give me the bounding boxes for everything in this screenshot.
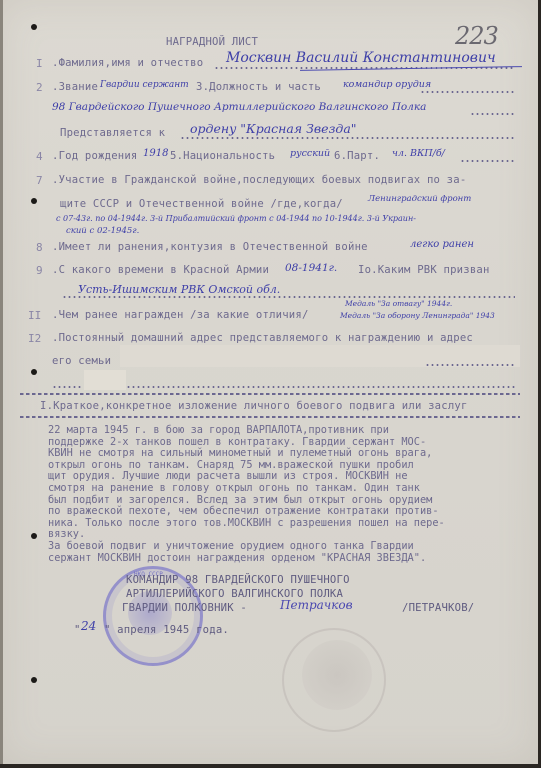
- faded-stamp: [282, 628, 386, 732]
- signatory-name: /ПЕТРАЧКОВ/: [402, 602, 474, 614]
- field-label-service-since: .С какого времени в Красной Армии: [52, 264, 269, 276]
- handwritten-signature: Петрачков: [280, 598, 353, 612]
- binder-hole: [31, 677, 37, 683]
- narrative-text: 22 марта 1945 г. в бою за город ВАРПАЛОТ…: [48, 425, 518, 564]
- binder-hole: [31, 533, 37, 539]
- narrative-line: 22 марта 1945 г. в бою за город ВАРПАЛОТ…: [48, 425, 518, 437]
- field-label-combat-line2: щите СССР и Отечественной войне /где,ког…: [60, 198, 343, 210]
- field-label-draft-office: Io.Каким РВК призван: [358, 264, 490, 276]
- field-value-rank: Гвардии сержант: [100, 79, 189, 91]
- redacted-address: [84, 370, 126, 390]
- dotted-line: [425, 364, 515, 366]
- dashed-rule: [20, 416, 520, 418]
- narrative-line: смотря на ранение в голову открыл огонь …: [48, 483, 518, 495]
- field-value-draft-office: Усть-Ишимским РВК Омской обл.: [78, 284, 280, 296]
- page-edge: [0, 0, 3, 764]
- field-value-combat-line3: ский с 02-1945г.: [66, 225, 139, 237]
- field-number: 2: [36, 81, 43, 94]
- field-value-prior-award-1: Медаль "За отвагу" 1944г.: [345, 298, 452, 310]
- field-number: 9: [36, 264, 43, 277]
- field-value-birth-year: 1918: [143, 148, 168, 160]
- field-label-combat-line1: .Участие в Гражданской войне,последующих…: [52, 174, 466, 186]
- dotted-line: [460, 160, 515, 162]
- field-value-prior-award-2: Медаль "За оборону Ленинграда" 1943: [340, 310, 495, 322]
- field-label-address-line1: .Постоянный домашний адрес представляемо…: [52, 332, 473, 344]
- field-label-birth-year: .Год рождения: [52, 150, 138, 162]
- field-label-address-line2: его семьи: [52, 355, 111, 367]
- dotted-line: [420, 91, 515, 93]
- signatory-line1: КОМАНДИР 98 ГВАРДЕЙСКОГО ПУШЕЧНОГО: [126, 574, 350, 586]
- field-number: 4: [36, 150, 43, 163]
- field-label-wounds: .Имеет ли ранения,контузия в Отечественн…: [52, 241, 368, 253]
- date-quote: ": [74, 624, 81, 636]
- date-rest: " апреля 1945 года.: [104, 624, 229, 636]
- field-label-prior-awards: .Чем ранее награжден /за какие отличия/: [52, 309, 309, 321]
- field-number: 8: [36, 241, 43, 254]
- narrative-line: За боевой подвиг и уничтожение орудием о…: [48, 541, 518, 553]
- dotted-line: [470, 113, 515, 115]
- field-value-party: чл. ВКП/б/: [392, 148, 445, 160]
- field-value-name: Москвин Василий Константинович: [226, 52, 496, 64]
- dotted-line: [180, 137, 515, 139]
- field-label-nationality: 5.Национальность: [170, 150, 275, 162]
- field-label-rank: .Звание: [52, 81, 98, 93]
- date-day: 24: [81, 620, 96, 632]
- binder-hole: [31, 198, 37, 204]
- field-value-unit: 98 Гвардейского Пушечного Артиллерийског…: [52, 101, 426, 113]
- dotted-line: [126, 386, 515, 388]
- dashed-rule: [20, 393, 520, 395]
- narrative-line: сержант МОСКВИН достоин награждения орде…: [48, 553, 518, 565]
- binder-hole: [31, 24, 37, 30]
- narrative-line: по вражеской пехоте, чем обеспечил отраж…: [48, 506, 518, 518]
- field-value-combat-line2: с 07-43г. по 04-1944г. 3-й Прибалтийский…: [56, 213, 416, 225]
- field-label-position: 3.Должность и часть: [196, 81, 321, 93]
- dotted-line: [52, 386, 82, 388]
- field-value-combat-line1: Ленинградский фронт: [368, 193, 471, 205]
- field-value-position: командир орудия: [343, 79, 431, 91]
- field-label-name: .Фамилия,имя и отчество: [52, 57, 203, 69]
- award-sheet: 223 НАГРАДНОЙ ЛИСТ I .Фамилия,имя и отче…: [0, 0, 538, 764]
- field-number: 7: [36, 174, 43, 187]
- field-number: I2: [28, 332, 41, 345]
- field-number: II: [28, 309, 41, 322]
- field-number: I: [36, 57, 43, 70]
- document-title: НАГРАДНОЙ ЛИСТ: [166, 36, 258, 48]
- field-value-award: ордену "Красная Звезда": [190, 123, 357, 135]
- field-label-party: 6.Парт.: [334, 150, 380, 162]
- section-heading: I.Краткое,конкретное изложение личного б…: [40, 400, 468, 412]
- field-value-nationality: русский: [290, 148, 330, 160]
- field-value-wounds: легко ранен: [410, 239, 474, 251]
- field-value-service-since: 08-1941г.: [285, 262, 337, 274]
- binder-hole: [31, 369, 37, 375]
- signatory-rank: ГВАРДИИ ПОЛКОВНИК -: [122, 602, 247, 614]
- narrative-line: ника. Только после этого тов.МОСКВИН с р…: [48, 518, 518, 530]
- archive-number: 223: [455, 22, 498, 50]
- field-label-presented: Представляется к: [60, 127, 165, 139]
